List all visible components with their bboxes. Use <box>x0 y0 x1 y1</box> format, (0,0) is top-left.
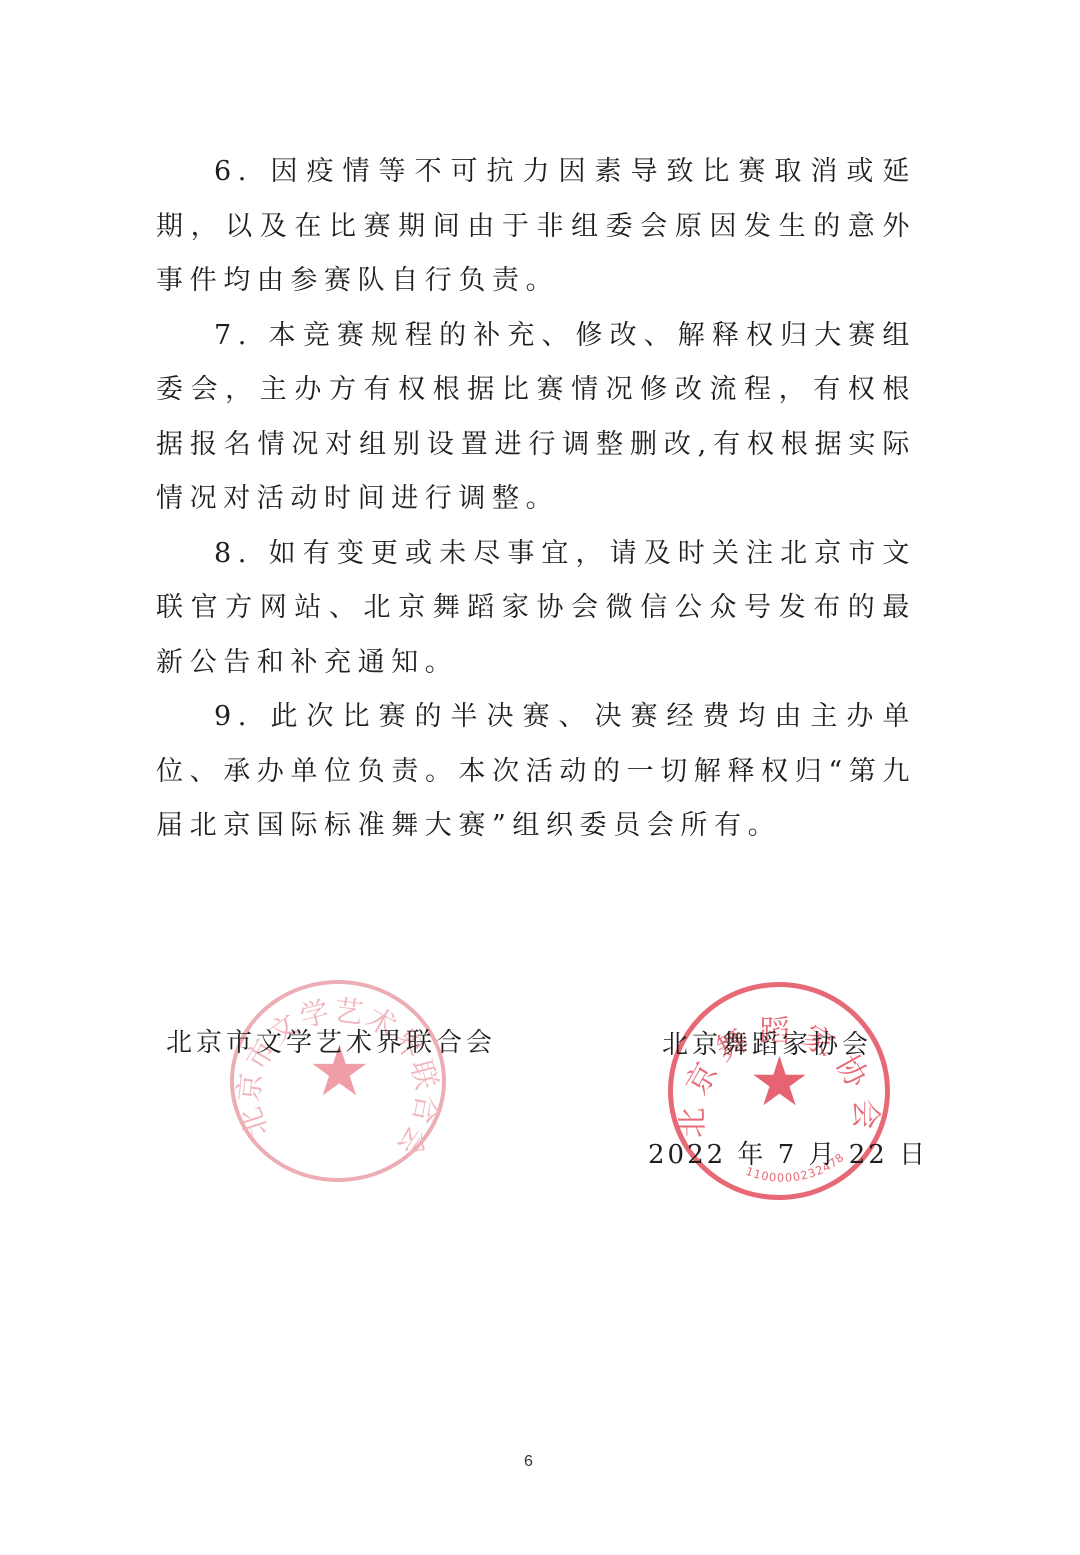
official-seal-left: 北京市文学艺术界联合会 ★ <box>230 980 446 1182</box>
signatory-right: 北京舞蹈家协会 <box>662 1024 872 1061</box>
signature-date: 2022 年 7 月 22 日 <box>648 1134 928 1171</box>
signature-block: 北京市文学艺术界联合会 ★ 北京舞蹈家协会 1100000232478 ★ <box>0 0 1080 1555</box>
page-number: 6 <box>524 1453 533 1471</box>
signatory-left: 北京市文学艺术界联合会 <box>166 1022 496 1059</box>
document-page: 6. 因疫情等不可抗力因素导致比赛取消或延期，以及在比赛期间由于非组委会原因发生… <box>0 0 1080 1555</box>
